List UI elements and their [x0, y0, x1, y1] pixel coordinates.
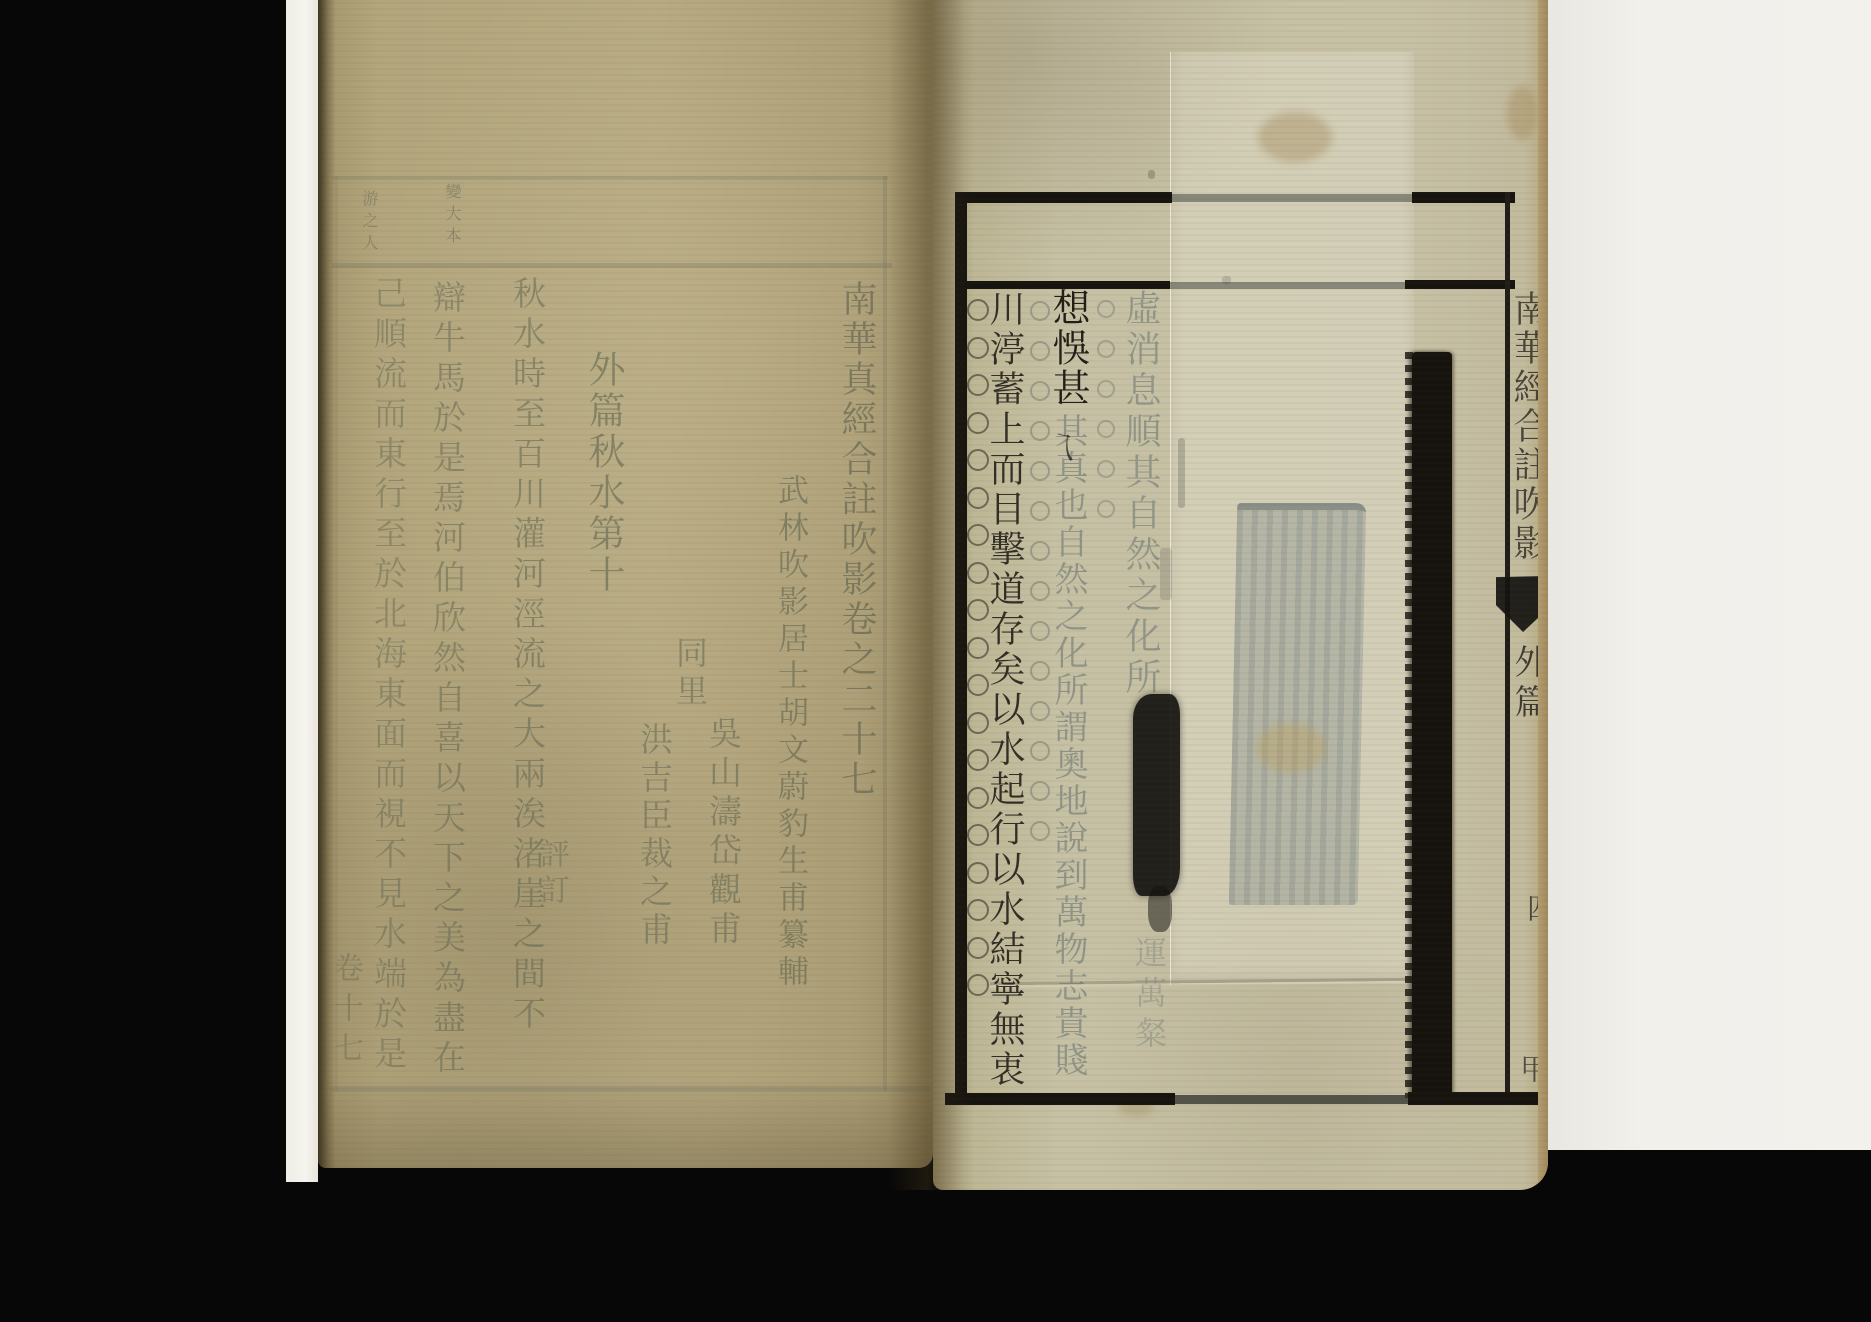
inked-right-bar [1412, 352, 1452, 1098]
reading-circle [1030, 541, 1050, 561]
page-fold-edge [1538, 0, 1548, 1190]
frame-inner-top-line [1405, 280, 1515, 289]
ghost-text-column-3: 運萬粲 [1133, 936, 1165, 1056]
paper-stain [1256, 723, 1326, 773]
margin-small-column-1: 變大本 [444, 183, 460, 249]
ink-blob [1133, 694, 1180, 896]
folio-tail-column: 卷十七 [330, 952, 360, 1072]
ink-streak [1160, 548, 1172, 600]
reading-circle [1030, 501, 1050, 521]
frame-bottom-line [945, 1093, 1175, 1105]
ghost-text-column-1: 虛消息順其自然之化所 [1122, 289, 1158, 699]
reading-circle [967, 749, 989, 771]
reading-circle [967, 787, 989, 809]
compiler-column: 武林吹影居士胡文蔚豹生甫纂輔 [774, 474, 805, 992]
reading-circle [967, 599, 989, 621]
paper-stain [1507, 86, 1537, 140]
volume-title-column: 南華真經合註吹影卷之二十七 [838, 280, 874, 800]
reading-circle [967, 487, 989, 509]
reading-circle [1030, 461, 1050, 481]
reading-circle [1030, 341, 1050, 361]
reading-circle [967, 712, 989, 734]
frame-bottom-rule [330, 1086, 930, 1092]
left-page: 南華真經合註吹影卷之二十七 武林吹影居士胡文蔚豹生甫纂輔 同里 吳山濤岱觀甫 洪… [318, 0, 933, 1168]
scanner-margin-right [1545, 0, 1871, 1150]
margin-small-column-2: 游之人 [361, 190, 377, 256]
reading-circle [967, 824, 989, 846]
frame-inner-top-line-ghosted [1170, 282, 1405, 289]
frame-outer-top-line-ghosted [1172, 194, 1412, 202]
body-text-column-3: 己順流而東行至於北海東面而視不見水端於是 [372, 276, 405, 1076]
reading-circle [1097, 420, 1115, 438]
reading-circle [967, 674, 989, 696]
reading-circle [1097, 460, 1115, 478]
reading-circle [967, 562, 989, 584]
reading-circle [1097, 300, 1115, 318]
reading-circle [967, 637, 989, 659]
annotation-column: 想悞甚 [1049, 288, 1087, 408]
reading-circle [967, 524, 989, 546]
frame-bottom-line [1408, 1092, 1540, 1105]
frame-outer-top-line [1412, 192, 1515, 203]
reading-circle [1030, 741, 1050, 761]
reading-circle [1030, 781, 1050, 801]
reading-circle [967, 337, 989, 359]
collator-2-column: 洪吉臣裁之甫 [638, 722, 671, 950]
body-text-column-2: 辯牛馬於是焉河伯欣然自喜以天下之美為盡在 [431, 280, 464, 1080]
scanner-gap-left [286, 0, 318, 1182]
reading-circle [1030, 701, 1050, 721]
scanned-book-spread: 南華真經合註吹影卷之二十七 武林吹影居士胡文蔚豹生甫纂輔 同里 吳山濤岱觀甫 洪… [0, 0, 1871, 1322]
ink-speck [1148, 170, 1155, 179]
reading-circle [1030, 581, 1050, 601]
frame-bottom-line-ghosted [1175, 1095, 1408, 1104]
reading-circle [967, 449, 989, 471]
reading-circle [967, 974, 989, 996]
reading-circle [1030, 821, 1050, 841]
reading-circle [1097, 340, 1115, 358]
reading-circle [967, 937, 989, 959]
reading-circle [967, 374, 989, 396]
reading-circle [1030, 421, 1050, 441]
reading-circle [1030, 621, 1050, 641]
frame-right-rule [883, 176, 887, 1091]
frame-outer-top-rule [332, 176, 888, 180]
reading-circle [1030, 661, 1050, 681]
reading-circle [967, 899, 989, 921]
ink-blob-tail [1148, 886, 1172, 932]
collator-1-column: 吳山濤岱觀甫 [707, 716, 740, 950]
chapter-heading-column: 外篇秋水第十 [585, 350, 622, 596]
right-page: 虛消息順其自然之化所 其真也自然之化所謂奧地說到萬物志貴賤 運萬粲 [933, 0, 1548, 1190]
ink-offset-smudge [1229, 503, 1366, 905]
frame-left-border [955, 192, 967, 1103]
tongli-label: 同里 [674, 636, 706, 712]
frame-outer-top-line [955, 192, 1172, 203]
frame-inner-top-rule [332, 263, 892, 268]
reading-circle [1097, 380, 1115, 398]
ink-streak [1178, 438, 1185, 508]
ghost-text-column-2: 其真也自然之化所謂奧地說到萬物志貴賤 [1051, 413, 1085, 1079]
reading-circle [967, 299, 989, 321]
reading-circle [967, 412, 989, 434]
body-text-column-1: 秋水時至百川灌河涇流之大兩涘渚崖之間不 [511, 276, 544, 1036]
reading-circle [1097, 500, 1115, 518]
main-text-column: 川渟蓄上而目擊道存矣以水起行以水結寧無衷 [986, 290, 1022, 1090]
reading-circle [967, 862, 989, 884]
paper-stain [1258, 112, 1332, 162]
reading-circle [1030, 301, 1050, 321]
reading-circle [1030, 381, 1050, 401]
